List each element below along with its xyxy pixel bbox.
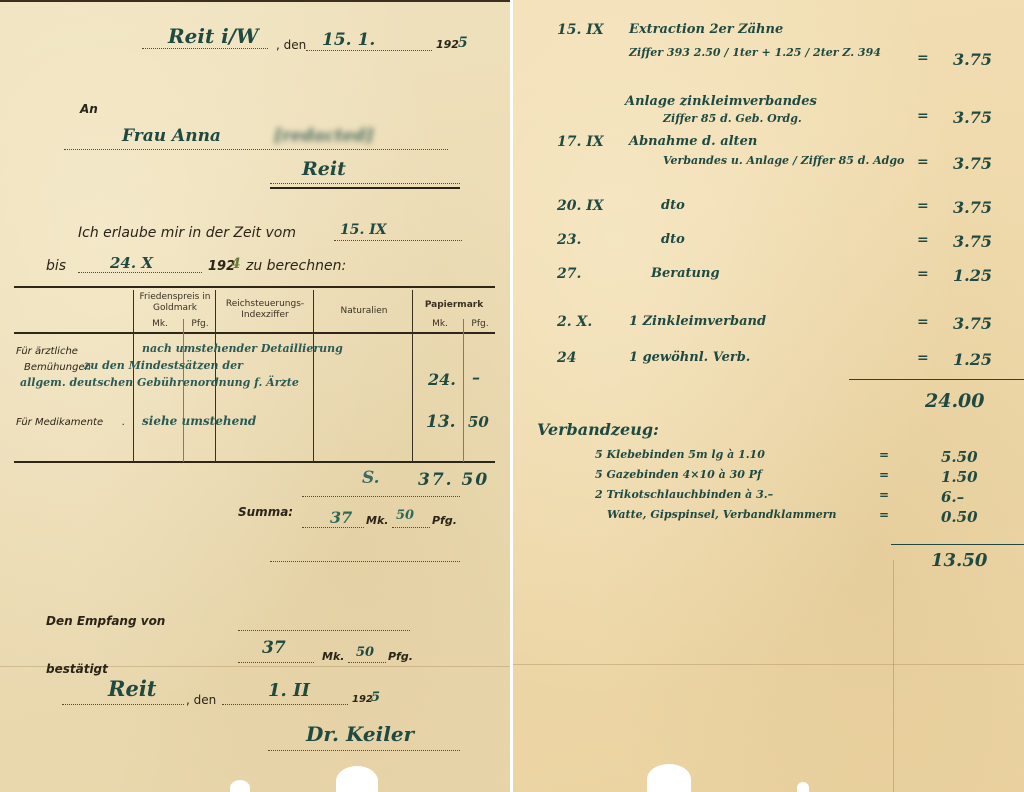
header-reichsteuerung: Reichsteuerungs-Indexziffer xyxy=(218,299,312,321)
header-papiermark: Papiermark xyxy=(414,300,494,311)
treatment-equals: = xyxy=(917,198,929,214)
bis-label: bis xyxy=(46,258,66,274)
treatment-desc: Extraction 2er Zähne xyxy=(629,22,783,37)
treatment-equals: = xyxy=(917,232,929,248)
material-desc: 5 Gazebinden 4×10 à 30 Pf xyxy=(595,468,762,481)
town-underline xyxy=(270,187,460,189)
row-handwritten: allgem. deutschen Gebührenordnung f. Ärz… xyxy=(20,376,299,389)
summa-mk-label: Mk. xyxy=(366,514,388,527)
receipt-year-prefix: 192 xyxy=(352,694,373,705)
invoice-form-page: Reit i/W , den 15. 1. 192 5 An Frau Anna… xyxy=(0,0,510,792)
row-label: Für Medikamente xyxy=(16,417,103,428)
table-header-rule xyxy=(14,332,495,334)
row-handwritten: nach umstehender Detaillierung xyxy=(142,342,343,355)
header-year-prefix: 192 xyxy=(436,38,459,51)
materials-total: 13.50 xyxy=(931,550,987,571)
bestaetigt-label: bestätigt xyxy=(46,662,108,676)
material-amount: 6.– xyxy=(941,488,964,506)
receipt-year-digit: 5 xyxy=(371,690,380,705)
empfang-line xyxy=(238,630,410,631)
treatment-equals: = xyxy=(917,50,929,66)
period-year-digit: 4 xyxy=(231,256,241,272)
treatment-amount: 3.75 xyxy=(953,198,992,217)
material-equals: = xyxy=(879,448,889,462)
treatment-detail: Ziffer 393 2.50 / 1ter + 1.25 / 2ter Z. … xyxy=(629,46,881,59)
treatments-total: 24.00 xyxy=(925,390,985,412)
receipt-pfg-value: 50 xyxy=(356,645,374,660)
treatment-equals: = xyxy=(917,154,929,170)
total-mark: S. xyxy=(362,468,380,488)
treatment-date: 23. xyxy=(557,232,581,248)
treatment-date: 17. IX xyxy=(557,134,604,150)
treatment-amount: 3.75 xyxy=(953,108,992,127)
row-mk: 24. xyxy=(428,370,456,389)
row-label-dot: . xyxy=(122,417,125,428)
material-amount: 5.50 xyxy=(941,448,978,466)
material-equals: = xyxy=(879,488,889,502)
table-col-divider xyxy=(463,319,464,462)
treatment-date: 15. IX xyxy=(557,22,604,38)
treatment-detail: Verbandes u. Anlage / Ziffer 85 d. Adgo xyxy=(663,154,904,167)
period-to: 24. X xyxy=(110,254,153,272)
recipient-name: Frau Anna xyxy=(122,126,221,146)
material-desc: 2 Trikotschlauchbinden à 3.– xyxy=(595,488,773,501)
summa-pfg-value: 50 xyxy=(396,508,414,523)
doctor-signature: Dr. Keiler xyxy=(306,722,414,746)
treatment-equals: = xyxy=(917,266,929,282)
header-goldmark-pfg: Pfg. xyxy=(186,319,214,330)
treatment-date: 27. xyxy=(557,266,581,282)
table-bottom-rule xyxy=(14,461,495,463)
row-label: Bemühungen xyxy=(24,362,91,373)
header-papiermark-pfg: Pfg. xyxy=(465,319,495,330)
summa-pfg-line xyxy=(392,527,430,528)
treatment-date: 2. X. xyxy=(557,314,592,330)
receipt-place: Reit xyxy=(108,676,157,701)
materials-sum-rule xyxy=(891,544,1024,545)
material-amount: 0.50 xyxy=(941,508,978,526)
receipt-date-line xyxy=(222,704,348,705)
place-line xyxy=(142,48,268,49)
paper-tear xyxy=(647,764,691,792)
period-from: 15. IX xyxy=(340,222,387,238)
recipient-town: Reit xyxy=(302,158,346,180)
receipt-pfg-line xyxy=(348,662,386,663)
summa-mk-line xyxy=(302,527,364,528)
header-place: Reit i/W xyxy=(168,24,259,48)
paper-fold xyxy=(513,664,1024,665)
material-amount: 1.50 xyxy=(941,468,978,486)
row-mk: 13. xyxy=(426,412,456,432)
period-intro: Ich erlaube mir in der Zeit vom xyxy=(78,225,296,241)
treatment-amount: 1.25 xyxy=(953,350,992,369)
material-desc: Watte, Gipspinsel, Verbandklammern xyxy=(607,508,837,521)
header-goldmark-mk: Mk. xyxy=(140,319,180,330)
paper-tear xyxy=(797,782,809,792)
treatment-amount: 3.75 xyxy=(953,50,992,69)
table-col-divider xyxy=(313,290,314,462)
material-equals: = xyxy=(879,508,889,522)
receipt-date: 1. II xyxy=(268,680,310,701)
row-label: Für ärztliche xyxy=(16,346,78,357)
itemization-page: 15. IXExtraction 2er ZähneZiffer 393 2.5… xyxy=(513,0,1024,792)
material-desc: 5 Klebebinden 5m lg à 1.10 xyxy=(595,448,765,461)
paper-fold xyxy=(893,560,894,792)
row-handwritten: zu den Mindestsätzen der xyxy=(84,359,243,372)
paper-tear xyxy=(230,780,250,792)
paper-tear xyxy=(336,766,378,792)
empfang-label: Den Empfang von xyxy=(46,614,165,628)
treatment-desc: Beratung xyxy=(651,266,720,281)
treatment-equals: = xyxy=(917,108,929,124)
period-from-line xyxy=(334,240,462,241)
an-label: An xyxy=(80,102,98,116)
header-friedenspreis: Friedenspreis in Goldmark xyxy=(135,292,215,314)
period-suffix: zu berechnen: xyxy=(246,258,346,274)
table-col-divider xyxy=(412,290,413,462)
receipt-pfg-label: Pfg. xyxy=(388,650,413,663)
treatment-desc: 1 gewöhnl. Verb. xyxy=(629,350,750,365)
treatment-desc: 1 Zinkleimverband xyxy=(629,314,766,329)
receipt-mk-label: Mk. xyxy=(322,650,344,663)
treatment-desc: Anlage zinkleimverbandes xyxy=(625,94,817,109)
receipt-den-label: , den xyxy=(186,693,216,707)
treatment-date: 20. IX xyxy=(557,198,604,214)
summa-label: Summa: xyxy=(238,505,293,519)
recipient-line xyxy=(64,149,448,150)
header-date: 15. 1. xyxy=(322,30,375,50)
treatments-sum-rule xyxy=(849,379,1024,380)
summa-mk-value: 37 xyxy=(330,508,352,527)
receipt-mk-line xyxy=(238,662,314,663)
receipt-mk-value: 37 xyxy=(262,638,286,658)
den-label: , den xyxy=(276,38,306,52)
period-to-line xyxy=(78,272,202,273)
treatment-desc: dto xyxy=(661,232,685,247)
town-line xyxy=(270,183,460,184)
header-year-digit: 5 xyxy=(458,35,468,51)
date-line xyxy=(306,50,432,51)
row-handwritten: siehe umstehend xyxy=(142,414,256,428)
treatment-amount: 1.25 xyxy=(953,266,992,285)
treatment-amount: 3.75 xyxy=(953,232,992,251)
summa-pfg-label: Pfg. xyxy=(432,514,457,527)
table-top-rule xyxy=(14,286,495,288)
table-total: 37. 50 xyxy=(418,470,489,490)
row-pfg: 50 xyxy=(468,413,489,431)
header-naturalien: Naturalien xyxy=(316,306,412,317)
header-papiermark-mk: Mk. xyxy=(418,319,462,330)
total-line xyxy=(302,496,460,497)
materials-heading: Verbandzeug: xyxy=(537,420,659,439)
recipient-surname-redacted: [redacted] xyxy=(274,126,374,146)
signature-line xyxy=(268,750,460,751)
treatment-desc: dto xyxy=(661,198,685,213)
treatment-desc: Abnahme d. alten xyxy=(629,134,757,149)
treatment-date: 24 xyxy=(557,350,576,366)
summa-signature-line xyxy=(270,561,460,562)
table-col-divider xyxy=(183,319,184,462)
treatment-equals: = xyxy=(917,314,929,330)
treatment-detail: Ziffer 85 d. Geb. Ordg. xyxy=(663,112,802,125)
treatment-equals: = xyxy=(917,350,929,366)
receipt-place-line xyxy=(62,704,184,705)
treatment-amount: 3.75 xyxy=(953,314,992,333)
material-equals: = xyxy=(879,468,889,482)
row-pfg: – xyxy=(472,368,480,387)
treatment-amount: 3.75 xyxy=(953,154,992,173)
